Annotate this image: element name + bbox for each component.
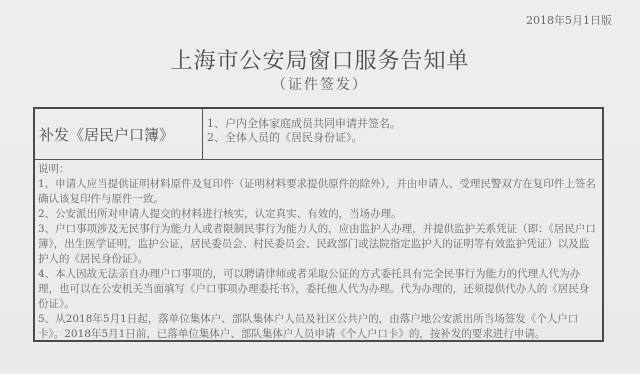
requirement-item: 1、户内全体家庭成员共同申请并签名。 (207, 117, 602, 131)
page-subtitle: （证件签发） (0, 74, 640, 94)
notes-section: 说明： 1、申请人应当提供证明材料原件及复印件（证明材料要求提供原件的除外），并… (35, 159, 602, 342)
edition-date: 2018年5月1日版 (526, 12, 612, 28)
note-item: 2、公安派出所对申请人提交的材料进行核实，认定真实、有效的，当场办理。 (38, 207, 596, 222)
note-item: 5、从2018年5月1日起，落单位集体户、部队集体户人员及社区公共户的，由落户地… (38, 312, 596, 342)
notice-table: 补发《居民户口簿》 1、户内全体家庭成员共同申请并签名。 2、全体人员的《居民身… (33, 107, 604, 342)
service-row: 补发《居民户口簿》 1、户内全体家庭成员共同申请并签名。 2、全体人员的《居民身… (35, 109, 602, 160)
notes-heading: 说明： (38, 162, 596, 177)
note-item: 1、申请人应当提供证明材料原件及复印件（证明材料要求提供原件的除外），并由申请人… (38, 177, 596, 207)
service-name: 补发《居民户口簿》 (35, 109, 203, 159)
requirements-list: 1、户内全体家庭成员共同申请并签名。 2、全体人员的《居民身份证》。 (203, 109, 602, 159)
notice-page: 2018年5月1日版 上海市公安局窗口服务告知单 （证件签发） 补发《居民户口簿… (0, 0, 640, 374)
note-item: 3、户口事项涉及无民事行为能力人或者限制民事行为能力人的，应由监护人办理，并提供… (38, 222, 596, 267)
note-item: 4、本人因故无法亲自办理户口事项的，可以聘请律师或者采取公证的方式委托具有完全民… (38, 267, 596, 312)
requirement-item: 2、全体人员的《居民身份证》。 (207, 131, 602, 145)
page-title: 上海市公安局窗口服务告知单 (0, 44, 640, 75)
